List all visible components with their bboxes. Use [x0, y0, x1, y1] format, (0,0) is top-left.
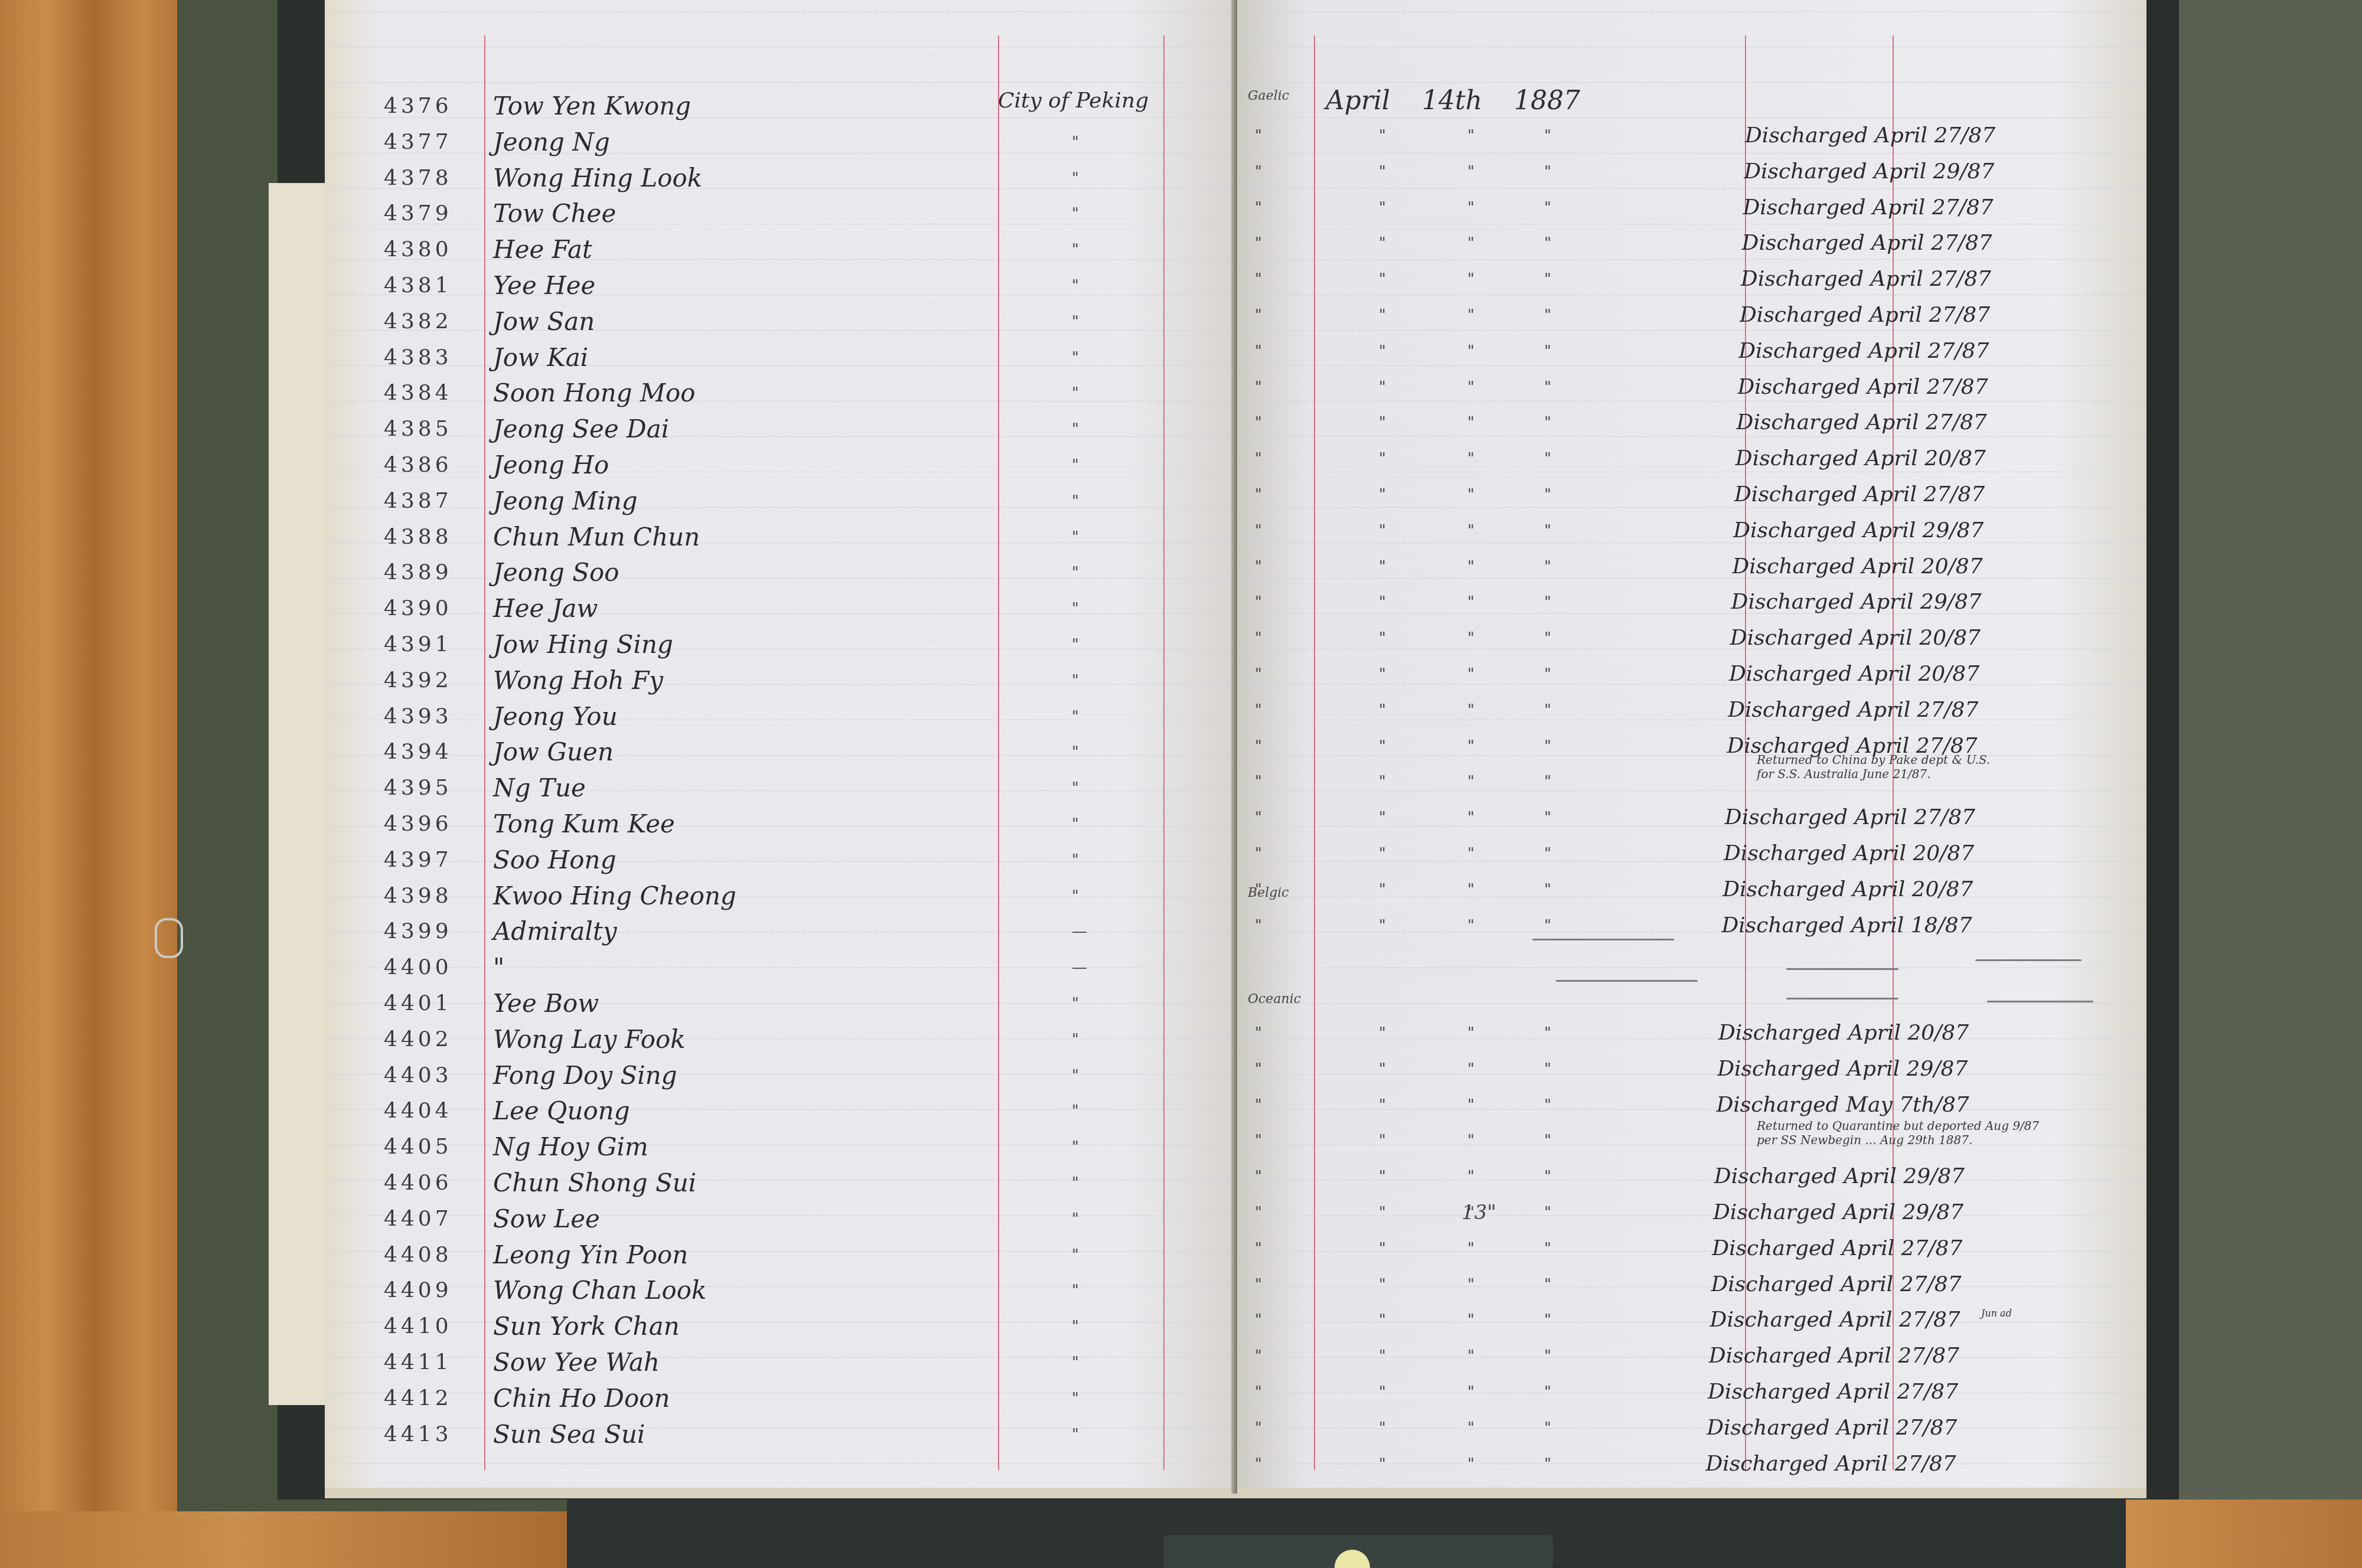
- table-row: 4404Lee Quong": [325, 1093, 1237, 1129]
- right-page: April 14th 1887 Gaelic Belgic Oceanic ""…: [1237, 0, 2146, 1498]
- entry-number: 4389: [384, 555, 452, 590]
- discharge-entry: Discharged April 20/87: [1722, 872, 1973, 907]
- discharge-entry: Discharged April 27/87: [1745, 118, 1995, 153]
- table-row: """"Discharged April 27/87: [1237, 729, 2146, 764]
- table-row: 4407Sow Lee": [325, 1201, 1237, 1237]
- table-row: 4402Wong Lay Fook": [325, 1022, 1237, 1057]
- discharge-entry: Discharged April 29/87: [1733, 513, 1983, 548]
- ship-ditto: ": [1072, 591, 1079, 626]
- annotation-note: Returned to Quarantine but deported Aug …: [1757, 1119, 2039, 1147]
- ship-ditto: ": [1072, 1201, 1079, 1237]
- table-row: 4386Jeong Ho": [325, 447, 1237, 483]
- entry-name: Sun Sea Sui: [493, 1417, 645, 1452]
- table-row: """"13"Discharged April 29/87: [1237, 1195, 2146, 1230]
- entry-name: Wong Hing Look: [493, 161, 702, 196]
- table-row: """"Discharged May 7th/87: [1237, 1087, 2146, 1123]
- table-row: """"Discharged April 18/87: [1237, 908, 2146, 943]
- table-row: """"Discharged April 27/87: [1237, 1374, 2146, 1410]
- entry-name: Ng Tue: [493, 770, 586, 806]
- table-row: 4376Tow Yen Kwong: [325, 89, 1237, 124]
- ship-ditto: ": [1072, 699, 1079, 734]
- entry-name: Jeong Soo: [493, 555, 619, 590]
- entry-name: Ng Hoy Gim: [493, 1129, 648, 1165]
- table-row: """"Discharged April 20/87: [1237, 620, 2146, 656]
- ship-ditto: ": [1072, 1345, 1079, 1380]
- table-row: 4410Sun York Chan": [325, 1309, 1237, 1344]
- entry-number: 4406: [384, 1165, 452, 1201]
- ship-ditto: ": [1072, 1237, 1079, 1273]
- table-row: """"Discharged April 27/87: [1237, 1338, 2146, 1374]
- table-row: 4412Chin Ho Doon": [325, 1381, 1237, 1416]
- wood-table-right: [2126, 1500, 2362, 1568]
- ship-ditto: ": [1072, 196, 1079, 231]
- discharge-entry: Discharged April 27/87: [1740, 298, 1990, 333]
- table-row: [1237, 943, 2146, 979]
- annotation-note: Returned to China by Pake dept & U.S. fo…: [1757, 753, 1990, 781]
- entry-number: 4402: [384, 1022, 452, 1057]
- table-row: """"Discharged April 27/87: [1237, 477, 2146, 512]
- table-row: """"Discharged April 29/87: [1237, 584, 2146, 620]
- entry-name: Jow Guen: [493, 734, 614, 770]
- discharge-entry: Discharged April 27/87: [1710, 1302, 1960, 1338]
- discharge-entry: Discharged April 29/87: [1717, 1051, 1968, 1087]
- entry-number: 4399: [384, 914, 452, 949]
- table-row: 4380Hee Fat": [325, 232, 1237, 267]
- table-row: """"Discharged April 27/87: [1237, 262, 2146, 297]
- table-row: 4382Jow San": [325, 304, 1237, 339]
- table-row: 4385Jeong See Dai": [325, 411, 1237, 447]
- entry-name: Tow Chee: [493, 196, 616, 231]
- entry-number: 4412: [384, 1381, 452, 1416]
- discharge-entry: Discharged April 27/87: [1741, 262, 1991, 297]
- entry-number: 4408: [384, 1237, 452, 1273]
- ship-ditto: ": [1072, 842, 1079, 878]
- entry-number: 4410: [384, 1309, 452, 1344]
- table-row: 4406Chun Shong Sui": [325, 1165, 1237, 1201]
- table-row: """"Discharged April 27/87: [1237, 118, 2146, 153]
- binder-ring-icon: [155, 918, 183, 958]
- table-row: 4411Sow Yee Wah": [325, 1345, 1237, 1380]
- entry-number: 4379: [384, 196, 452, 231]
- table-row: """"Discharged April 29/87: [1237, 1159, 2146, 1194]
- entry-number: 4387: [384, 484, 452, 519]
- entry-name: Kwoo Hing Cheong: [493, 878, 736, 914]
- table-row: 4383Jow Kai": [325, 340, 1237, 375]
- entry-name: Soo Hong: [493, 842, 616, 878]
- discharge-entry: Discharged April 20/87: [1718, 1015, 1969, 1051]
- entry-name: Chin Ho Doon: [493, 1381, 670, 1416]
- entry-name: Jeong Ming: [493, 484, 638, 519]
- entry-name: Sun York Chan: [493, 1309, 680, 1344]
- table-row: """"Discharged April 27/87: [1237, 190, 2146, 226]
- discharge-entry: Discharged April 27/87: [1734, 477, 1985, 512]
- discharge-entry: Discharged April 20/87: [1735, 441, 1986, 476]
- entry-name: Sow Yee Wah: [493, 1345, 660, 1380]
- entry-number: 4397: [384, 842, 452, 878]
- ship-ditto: ": [1072, 520, 1079, 555]
- table-row: 4396Tong Kum Kee": [325, 806, 1237, 842]
- entry-number: 4382: [384, 304, 452, 339]
- discharge-entry: Discharged April 20/87: [1724, 836, 1974, 871]
- discharge-entry: Discharged April 20/87: [1730, 620, 1981, 656]
- entry-name: Leong Yin Poon: [493, 1237, 688, 1273]
- discharge-entry: Discharged April 27/87: [1742, 226, 1992, 261]
- entry-number: 4405: [384, 1129, 452, 1165]
- table-row: 4393Jeong You": [325, 699, 1237, 734]
- ship-ditto: ": [1072, 1093, 1079, 1129]
- ship-ditto: ": [1072, 1273, 1079, 1308]
- ship-ditto: ": [1072, 1417, 1079, 1452]
- entry-name: Jow Hing Sing: [493, 627, 673, 662]
- ship-ditto: ": [1072, 232, 1079, 267]
- ship-ditto: ": [1072, 375, 1079, 411]
- table-row: 4394Jow Guen": [325, 734, 1237, 770]
- table-row: """"Discharged April 27/87: [1237, 1410, 2146, 1446]
- table-row: """"Discharged April 20/87: [1237, 441, 2146, 476]
- discharge-entry: Discharged April 27/87: [1738, 334, 1989, 369]
- entry-number: 4409: [384, 1273, 452, 1308]
- discharge-entry: Discharged April 20/87: [1729, 656, 1979, 692]
- ship-ditto: ": [1072, 1309, 1079, 1344]
- table-row: """"Discharged April 20/87: [1237, 656, 2146, 692]
- table-row: 4388Chun Mun Chun": [325, 520, 1237, 555]
- table-row: 4413Sun Sea Sui": [325, 1417, 1237, 1452]
- table-row: 4403Fong Doy Sing": [325, 1058, 1237, 1093]
- table-row: 4395Ng Tue": [325, 770, 1237, 806]
- wood-table: [0, 1511, 590, 1568]
- entry-number: 4411: [384, 1345, 452, 1380]
- table-row: """"Discharged April 27/87: [1237, 692, 2146, 728]
- table-row: 4378Wong Hing Look": [325, 161, 1237, 196]
- entry-number: 4398: [384, 878, 452, 914]
- entry-name: Yee Bow: [493, 986, 599, 1021]
- ship-ditto: ": [1072, 125, 1079, 160]
- entry-name: Fong Doy Sing: [493, 1058, 677, 1093]
- entry-number: 4392: [384, 663, 452, 698]
- table-row: """"Discharged April 20/87: [1237, 549, 2146, 584]
- entry-name: Sow Lee: [493, 1201, 600, 1237]
- table-row: """": [1237, 764, 2146, 799]
- ship-ditto: ": [1072, 484, 1079, 519]
- entry-number: 4388: [384, 520, 452, 555]
- entry-name: Jow Kai: [493, 340, 588, 375]
- discharge-entry: Discharged April 29/87: [1744, 154, 1994, 190]
- entry-name: Hee Jaw: [493, 591, 598, 626]
- table-row: 4401Yee Bow": [325, 986, 1237, 1021]
- table-row: 4391Jow Hing Sing": [325, 627, 1237, 662]
- table-row: """"Discharged April 27/87: [1237, 1267, 2146, 1302]
- table-row: """"Discharged April 20/87: [1237, 1015, 2146, 1051]
- entry-number: 4407: [384, 1201, 452, 1237]
- discharge-entry: Discharged April 27/87: [1712, 1231, 1962, 1266]
- table-row: """"Discharged April 20/87: [1237, 872, 2146, 907]
- ship-ditto: ": [1072, 1022, 1079, 1057]
- discharge-entry: Discharged May 7th/87: [1716, 1087, 1969, 1123]
- entry-name: Wong Hoh Fy: [493, 663, 663, 698]
- table-row: """"Discharged April 29/87: [1237, 154, 2146, 190]
- entry-number: 4386: [384, 447, 452, 483]
- entry-number: 4404: [384, 1093, 452, 1129]
- entry-name: Jow San: [493, 304, 595, 339]
- entry-name: Jeong Ng: [493, 125, 610, 160]
- ship-ditto: ": [1072, 1129, 1079, 1165]
- table-row: [1237, 979, 2146, 1015]
- ship-ditto: ": [1072, 304, 1079, 339]
- table-row: """"Discharged April 27/87: [1237, 226, 2146, 261]
- entry-number: 4376: [384, 89, 452, 124]
- discharge-entry: Discharged April 29/87: [1713, 1195, 1963, 1230]
- entry-number: 4396: [384, 806, 452, 842]
- margin-ship-label: Gaelic: [1248, 89, 1289, 103]
- ship-ditto: —: [1072, 914, 1087, 949]
- table-row: 4399Admiralty—: [325, 914, 1237, 949]
- table-row: """"Discharged April 27/87: [1237, 405, 2146, 440]
- entry-name: Lee Quong: [493, 1093, 630, 1129]
- entry-number: 4394: [384, 734, 452, 770]
- table-row: 4384Soon Hong Moo": [325, 375, 1237, 411]
- discharge-entry: Discharged April 29/87: [1731, 584, 1982, 620]
- entry-number: 4384: [384, 375, 452, 411]
- table-row: 4381Yee Hee": [325, 268, 1237, 303]
- entry-number: 4383: [384, 340, 452, 375]
- table-row: 4392Wong Hoh Fy": [325, 663, 1237, 698]
- table-row: 4387Jeong Ming": [325, 484, 1237, 519]
- entry-number: 4403: [384, 1058, 452, 1093]
- discharge-entry: Discharged April 20/87: [1732, 549, 1982, 584]
- discharge-entry: Discharged April 27/87: [1705, 1446, 1956, 1482]
- discharge-entry: Discharged April 27/87: [1709, 1338, 1959, 1374]
- table-row: 4397Soo Hong": [325, 842, 1237, 878]
- ship-ditto: ": [1072, 1165, 1079, 1201]
- entry-name: Jeong You: [493, 699, 618, 734]
- table-row: """"Discharged April 27/87: [1237, 334, 2146, 369]
- discharge-entry: Discharged April 29/87: [1714, 1159, 1965, 1194]
- table-row: 4379Tow Chee": [325, 196, 1237, 231]
- ship-ditto: ": [1072, 268, 1079, 303]
- entry-number: 4385: [384, 411, 452, 447]
- entry-number: 4381: [384, 268, 452, 303]
- ship-ditto: ": [1072, 161, 1079, 196]
- ship-ditto: ": [1072, 1381, 1079, 1416]
- table-row: """"Discharged April 29/87: [1237, 1051, 2146, 1087]
- entry-name: Wong Lay Fook: [493, 1022, 686, 1057]
- table-row: """"Discharged April 27/87: [1237, 1446, 2146, 1482]
- ship-ditto: ": [1072, 770, 1079, 806]
- entry-number: 4401: [384, 986, 452, 1021]
- entry-name: Soon Hong Moo: [493, 375, 696, 411]
- table-row: 4398Kwoo Hing Cheong": [325, 878, 1237, 914]
- ship-ditto: ": [1072, 986, 1079, 1021]
- table-row: 4409Wong Chan Look": [325, 1273, 1237, 1308]
- entry-name: Yee Hee: [493, 268, 595, 303]
- table-row: """"Discharged April 20/87: [1237, 836, 2146, 871]
- discharge-entry: Discharged April 27/87: [1737, 405, 1987, 440]
- ship-ditto: ": [1072, 878, 1079, 914]
- discharge-entry: Discharged April 27/87: [1728, 692, 1978, 728]
- entry-name: Tow Yen Kwong: [493, 89, 691, 124]
- ship-ditto: ": [1072, 734, 1079, 770]
- entry-number: 4413: [384, 1417, 452, 1452]
- table-row: 4390Hee Jaw": [325, 591, 1237, 626]
- entry-number: 4391: [384, 627, 452, 662]
- entry-name: Chun Shong Sui: [493, 1165, 696, 1201]
- entry-number: 4390: [384, 591, 452, 626]
- entry-number: 4378: [384, 161, 452, 196]
- ship-ditto: ": [1072, 663, 1079, 698]
- entry-name: Admiralty: [493, 914, 617, 949]
- table-row: 4405Ng Hoy Gim": [325, 1129, 1237, 1165]
- table-row: """"Discharged April 27/87: [1237, 370, 2146, 405]
- entry-number: 4400: [384, 950, 452, 985]
- table-row: 4389Jeong Soo": [325, 555, 1237, 590]
- table-row: """"Discharged April 27/87: [1237, 1231, 2146, 1266]
- discharge-entry: Discharged April 27/87: [1725, 800, 1975, 835]
- entry-number: 4393: [384, 699, 452, 734]
- entry-name: Wong Chan Look: [493, 1273, 706, 1308]
- entry-number: 4380: [384, 232, 452, 267]
- table-row: """"Discharged April 27/87: [1237, 800, 2146, 835]
- entry-name: Tong Kum Kee: [493, 806, 675, 842]
- discharge-entry: Discharged April 27/87: [1711, 1267, 1961, 1302]
- entry-name: Jeong Ho: [493, 447, 609, 483]
- table-row: """"Discharged April 29/87: [1237, 513, 2146, 548]
- ship-ditto: ": [1072, 411, 1079, 447]
- ship-ditto: —: [1072, 950, 1087, 985]
- table-row: 4377Jeong Ng": [325, 125, 1237, 160]
- entry-name: Jeong See Dai: [493, 411, 669, 447]
- ship-ditto: ": [1072, 627, 1079, 662]
- left-page: City of Peking 4376Tow Yen Kwong4377Jeon…: [325, 0, 1237, 1498]
- right-margin-mark: Jun ad: [1981, 1308, 2012, 1319]
- discharge-entry: Discharged April 27/87: [1737, 370, 1988, 405]
- entry-number: 4377: [384, 125, 452, 160]
- ship-ditto: ": [1072, 1058, 1079, 1093]
- discharge-entry: Discharged April 27/87: [1708, 1374, 1958, 1410]
- arrival-date-header: April 14th 1887: [1326, 86, 1580, 116]
- table-row: 4408Leong Yin Poon": [325, 1237, 1237, 1273]
- table-row: """"Discharged April 27/87: [1237, 298, 2146, 333]
- entry-name: Hee Fat: [493, 232, 592, 267]
- discharge-entry: Discharged April 27/87: [1707, 1410, 1957, 1446]
- entry-name: ": [493, 950, 504, 985]
- entry-number: 4395: [384, 770, 452, 806]
- ship-ditto: ": [1072, 806, 1079, 842]
- ship-ditto: ": [1072, 555, 1079, 590]
- discharge-entry: Discharged April 18/87: [1721, 908, 1972, 943]
- entry-name: Chun Mun Chun: [493, 520, 700, 555]
- day-value: 13": [1461, 1195, 1496, 1230]
- table-row: 4400"—: [325, 950, 1237, 985]
- ship-ditto: ": [1072, 447, 1079, 483]
- discharge-entry: Discharged April 27/87: [1743, 190, 1993, 226]
- ship-ditto: ": [1072, 340, 1079, 375]
